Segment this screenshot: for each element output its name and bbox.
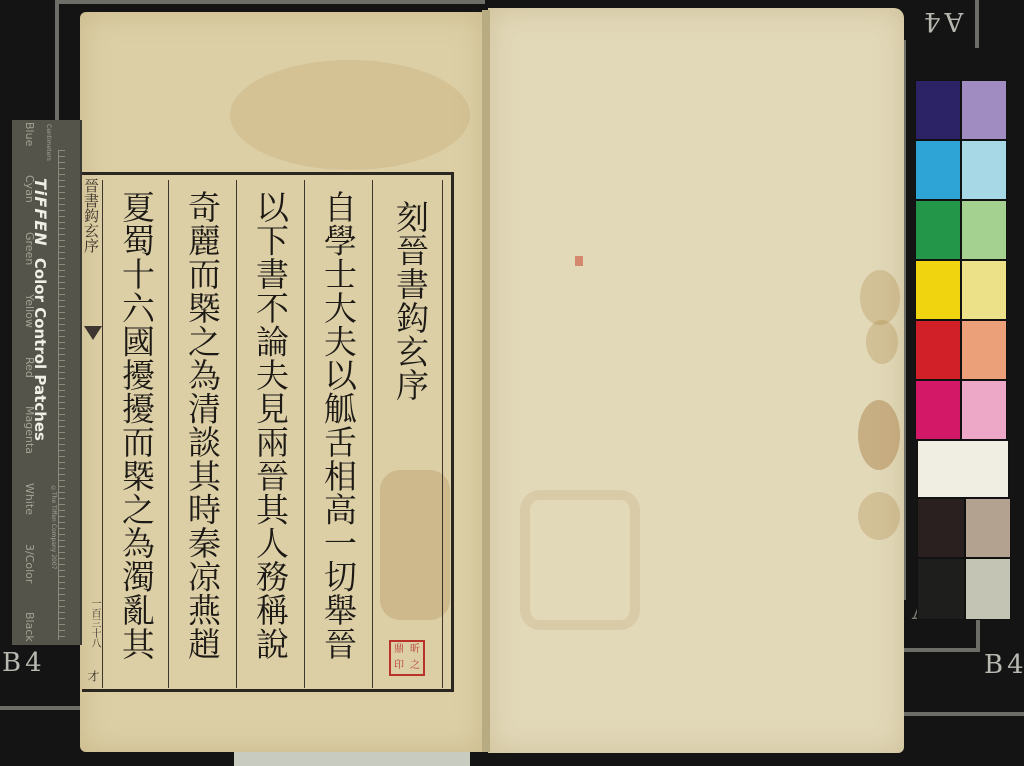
board-label-b4-left: B4 bbox=[2, 648, 46, 678]
ruler-units-label: Centimeters bbox=[45, 124, 52, 161]
water-stain bbox=[858, 400, 900, 470]
water-stain-outline bbox=[520, 490, 640, 630]
edge-page-number: 一百三十八 bbox=[84, 598, 102, 648]
column-rule bbox=[236, 180, 237, 688]
board-guide-line bbox=[55, 0, 485, 4]
small-red-seal bbox=[575, 256, 583, 266]
edge-bottom-mark: 才 bbox=[84, 670, 102, 682]
patch-green-light bbox=[961, 200, 1007, 260]
ruler-label: White bbox=[14, 483, 36, 515]
edge-bottom-mark-text: 才 bbox=[86, 670, 100, 682]
patch-magenta-dark bbox=[915, 380, 961, 440]
tiffen-logo: TiFFEN bbox=[31, 178, 50, 247]
seal-char: 印 bbox=[394, 661, 404, 671]
column-rule bbox=[102, 180, 103, 688]
water-stain bbox=[858, 492, 900, 540]
seal-char: 鼎 bbox=[394, 645, 404, 655]
text-column-4: 夏蜀十六國擾擾而槩之為濁亂其 bbox=[114, 190, 158, 660]
patch-3color-dark bbox=[917, 498, 965, 558]
column-rule bbox=[168, 180, 169, 688]
column-rule bbox=[304, 180, 305, 688]
right-page bbox=[488, 8, 904, 753]
book-spine bbox=[482, 10, 490, 752]
water-stain bbox=[860, 270, 900, 325]
ruler-copyright: ©The Tiffen Company 2007 bbox=[47, 485, 57, 595]
board-guide-line bbox=[900, 648, 980, 652]
text-column-3: 奇麗而槩之為清談其時秦凉燕趙 bbox=[180, 190, 224, 660]
ruler-title: Color Control Patches bbox=[31, 258, 49, 441]
patch-cyan-dark bbox=[915, 140, 961, 200]
column-rule bbox=[442, 180, 443, 688]
ruler-label: Black bbox=[14, 612, 36, 642]
ruler-scale-ticks bbox=[58, 150, 79, 640]
patch-blue-dark bbox=[915, 80, 961, 140]
patch-yellow-dark bbox=[915, 260, 961, 320]
patch-red-dark bbox=[915, 320, 961, 380]
edge-title-column: 晉書鈎玄序 bbox=[84, 178, 102, 253]
board-guide-line bbox=[976, 620, 980, 650]
board-guide-line bbox=[900, 712, 1024, 716]
edge-page-number-text: 一百三十八 bbox=[89, 598, 100, 648]
ruler-label: 3/Color bbox=[14, 544, 36, 583]
water-stain bbox=[230, 60, 470, 170]
board-label-b4-right: B4 bbox=[984, 650, 1024, 680]
board-guide-line bbox=[975, 0, 979, 48]
text-column-1: 自學士大夫以觚舌相高一切舉晉 bbox=[316, 190, 360, 660]
patch-black-dark bbox=[917, 558, 965, 620]
board-guide-line bbox=[55, 0, 59, 120]
patch-3color-light bbox=[965, 498, 1011, 558]
edge-fish-tail-mark bbox=[84, 326, 102, 340]
seal-char: 之 bbox=[410, 661, 420, 671]
color-patch-target bbox=[913, 80, 1009, 620]
red-collector-seal: 鼎 昕 印 之 bbox=[389, 640, 425, 676]
board-guide-line bbox=[0, 706, 82, 710]
patch-blue-light bbox=[961, 80, 1007, 140]
patch-yellow-light bbox=[961, 260, 1007, 320]
water-stain bbox=[866, 320, 898, 364]
text-column-2: 以下書不論夫見兩晉其人務稱說 bbox=[248, 190, 292, 660]
page-under-strip bbox=[234, 752, 470, 766]
ruler-brand: TiFFEN Color Control Patches bbox=[30, 178, 50, 468]
board-label-a4: A4 bbox=[920, 6, 963, 36]
edge-title-text: 晉書鈎玄序 bbox=[82, 178, 100, 253]
text-column-title: 刻晉書鈎玄序 bbox=[388, 200, 432, 402]
patch-red-light bbox=[961, 320, 1007, 380]
column-rule bbox=[372, 180, 373, 688]
ruler-label: Blue bbox=[14, 122, 36, 146]
patch-cyan-light bbox=[961, 140, 1007, 200]
patch-white bbox=[917, 440, 1009, 498]
patch-magenta-light bbox=[961, 380, 1007, 440]
patch-green-dark bbox=[915, 200, 961, 260]
seal-char: 昕 bbox=[410, 645, 420, 655]
patch-black-light bbox=[965, 558, 1011, 620]
